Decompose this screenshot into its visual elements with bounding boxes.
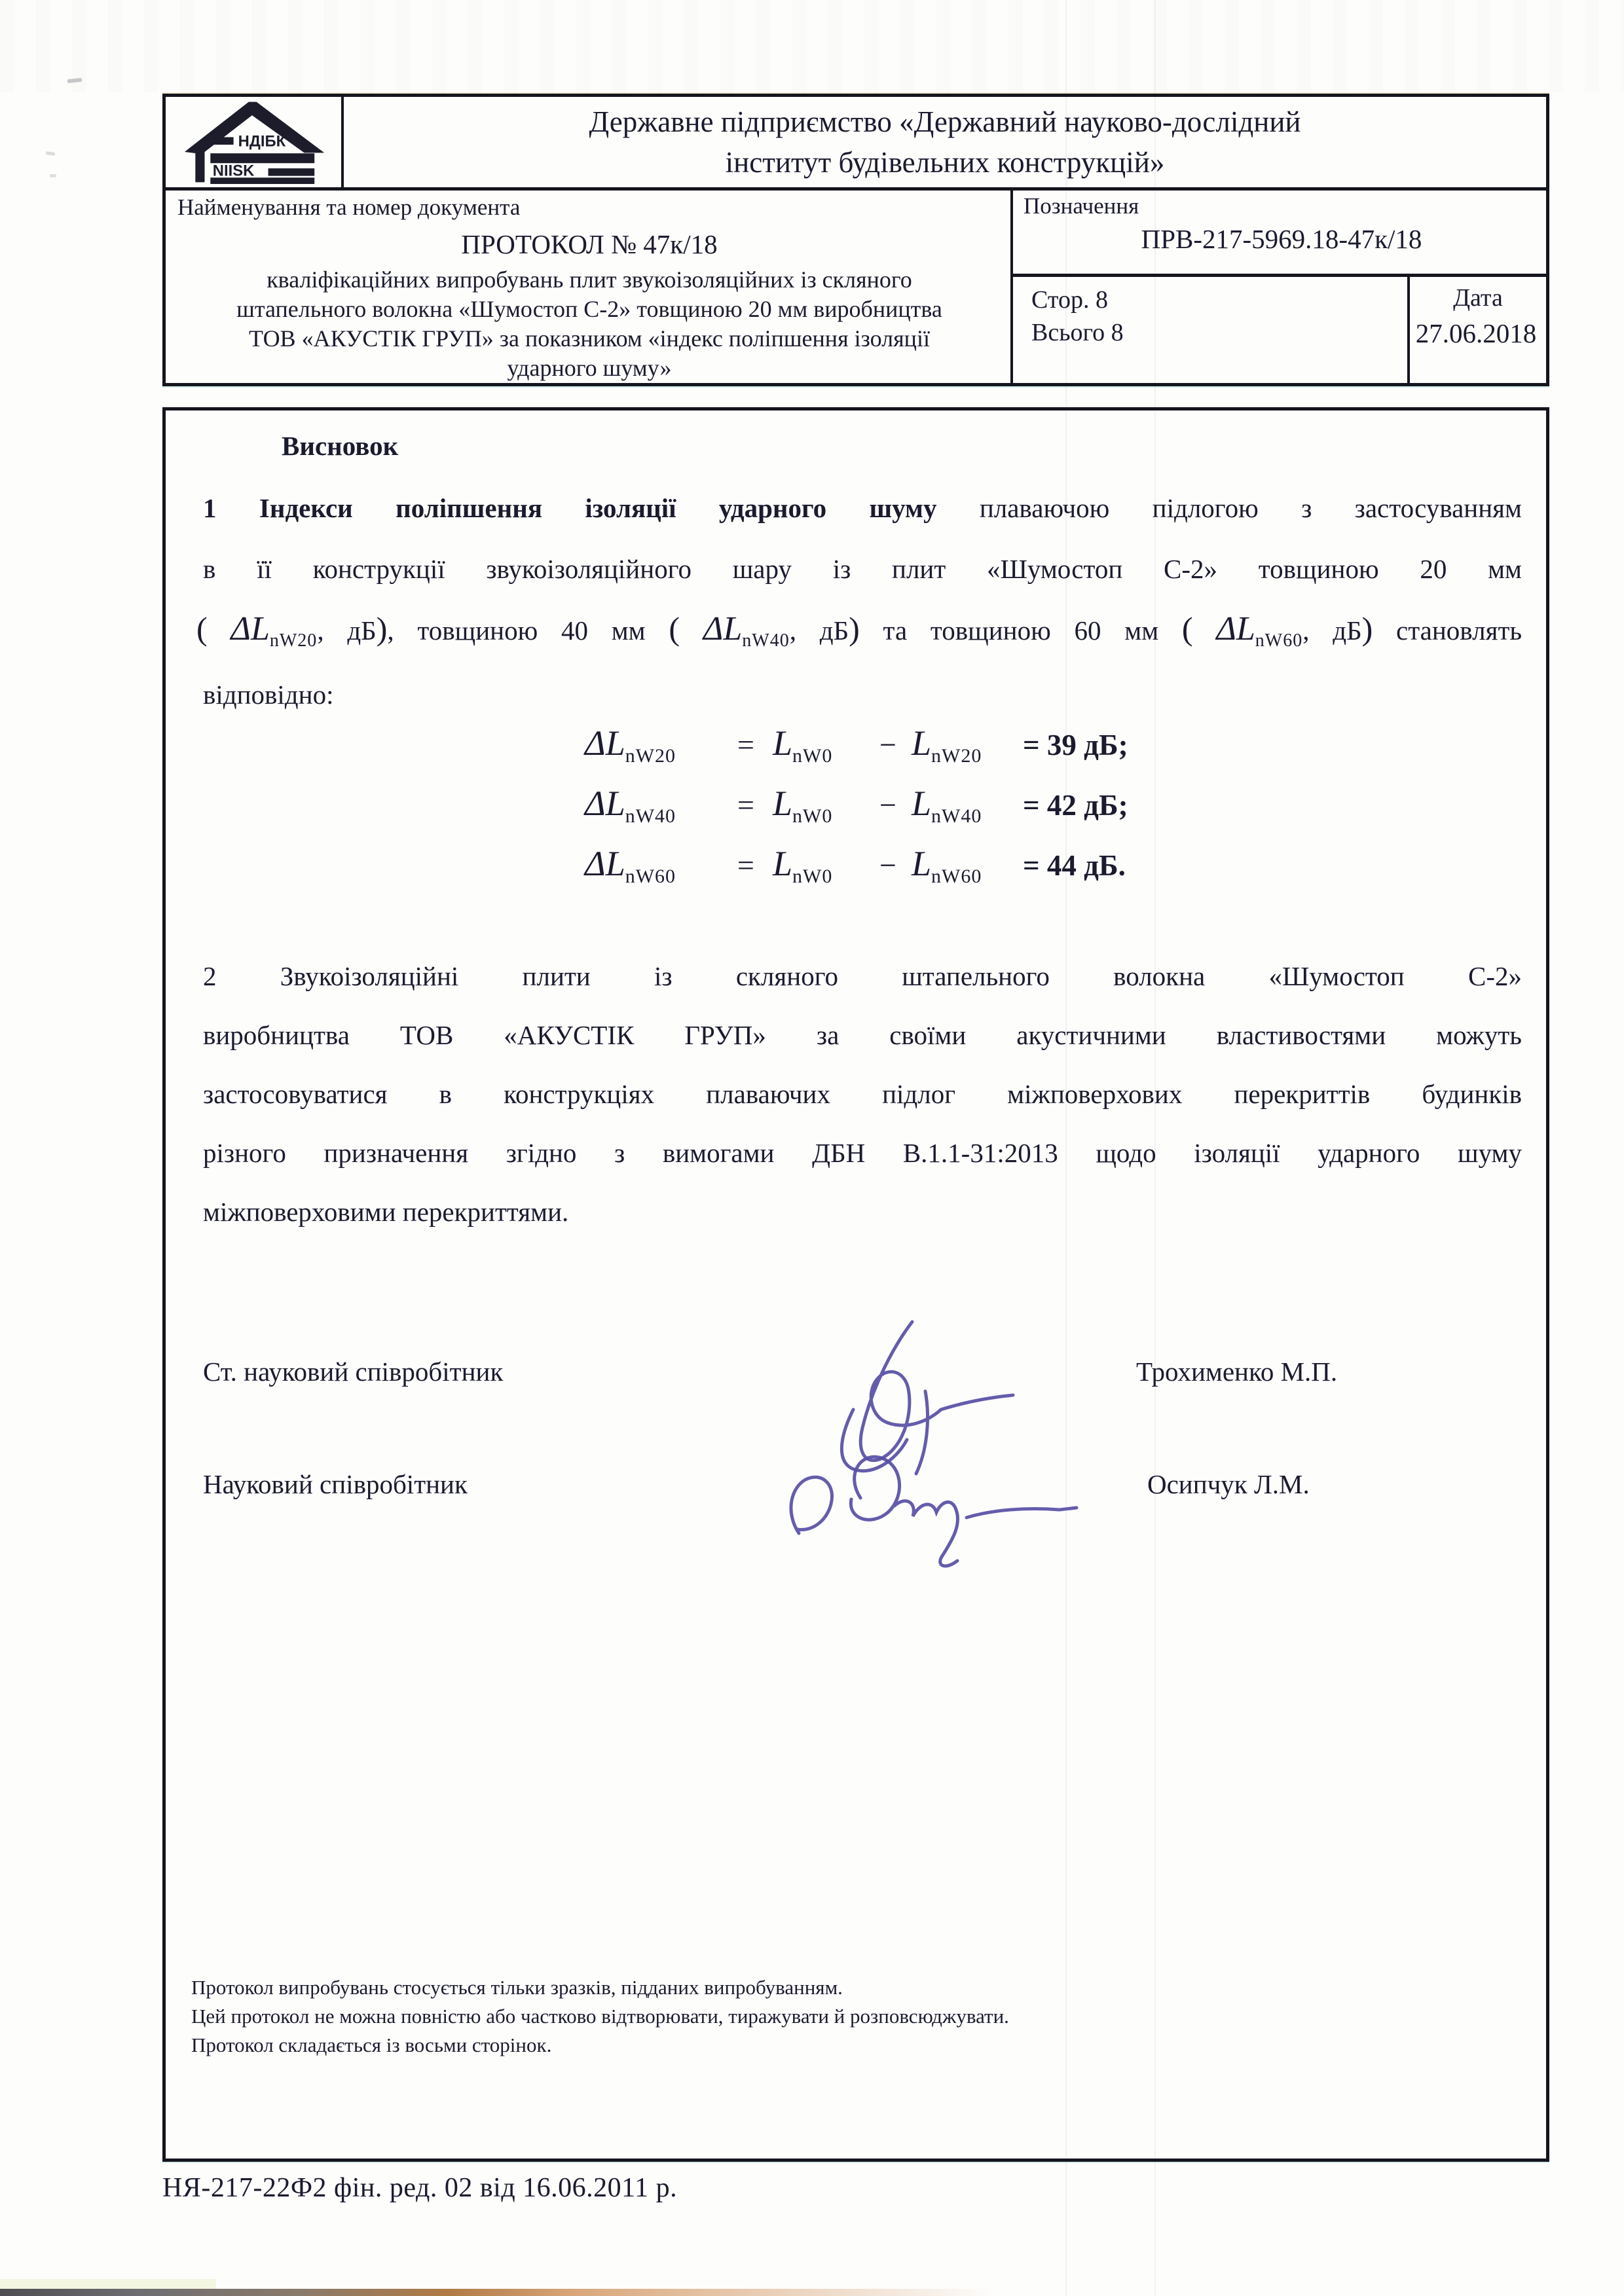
- paragraph2-line3: застосовуватися в конструкціях плаваючих…: [203, 1075, 1522, 1113]
- protocol-description-line: ТОВ «АКУСТІК ГРУП» за показником «індекс…: [177, 324, 1001, 354]
- paragraph1-line2: в її конструкції звукоізоляційного шару …: [203, 550, 1522, 588]
- designation-value: ПРВ-217-5969.18-47к/18: [1024, 223, 1540, 255]
- document-info-table: НДІБК NIISK Державне підприємство «Держа…: [162, 94, 1549, 386]
- unit: , дБ: [790, 615, 849, 646]
- pencil-mark: [50, 174, 56, 177]
- conclusion-heading: Висновок: [282, 427, 398, 465]
- signature2-ink: [773, 1434, 1094, 1571]
- organization-title-line2: інститут будівельних конструкцій»: [726, 142, 1165, 183]
- equals-sign: =: [719, 788, 773, 822]
- designation-label: Позначення: [1024, 193, 1540, 219]
- minus-sign: −: [864, 848, 912, 883]
- footer-note-2: Цей протокол не можна повністю або частк…: [191, 2003, 1009, 2030]
- designation-column: Позначення ПРВ-217-5969.18-47к/18 Стор. …: [1013, 191, 1546, 383]
- text-segment: та товщиною 60 мм: [860, 615, 1182, 646]
- paragraph2-line1: 2 Звукоізоляційні плити із скляного штап…: [203, 957, 1522, 995]
- paren: (: [1182, 610, 1193, 647]
- signer2-name: Осипчук Л.М.: [1147, 1465, 1310, 1503]
- designation-cell: Позначення ПРВ-217-5969.18-47к/18: [1013, 191, 1546, 277]
- formula-term: LnW60: [912, 843, 1023, 888]
- scan-noise: [0, 0, 1624, 92]
- footer-note-1: Протокол випробувань стосується тільки з…: [191, 1975, 843, 2001]
- logo-text-top: НДІБК: [238, 133, 286, 151]
- paragraph2-line2: виробництва ТОВ «АКУСТІК ГРУП» за своїми…: [203, 1016, 1522, 1054]
- paragraph1-lead-bold: 1 Індекси поліпшення ізоляції ударного ш…: [203, 493, 936, 523]
- organization-title: Державне підприємство «Державний науково…: [344, 97, 1546, 187]
- formula-result: = 39 дБ;: [1023, 728, 1128, 762]
- signer2-role: Науковий співробітник: [203, 1465, 468, 1503]
- unit: , дБ: [1302, 615, 1361, 646]
- formula-term: LnW0: [773, 783, 864, 828]
- paragraph1-lead-rest: плаваючою підлогою з застосуванням: [936, 493, 1522, 523]
- protocol-number: ПРОТОКОЛ № 47к/18: [177, 228, 1001, 260]
- paragraph2-line5: міжповерховими перекриттями.: [203, 1193, 568, 1231]
- paren: ): [849, 610, 860, 647]
- pages-total: Всього 8: [1031, 316, 1407, 349]
- paragraph1-line1: 1 Індекси поліпшення ізоляції ударного ш…: [203, 489, 1522, 527]
- name-label: Найменування та номер документа: [177, 194, 1001, 221]
- paren: (: [196, 610, 208, 647]
- paren: (: [669, 610, 680, 647]
- formula-term: LnW20: [912, 723, 1023, 767]
- formula-term: LnW0: [773, 723, 864, 767]
- ndibk-logo-icon: НДІБК NIISK: [180, 100, 327, 184]
- page-number: Стор. 8: [1031, 283, 1407, 316]
- document-name-cell: Найменування та номер документа ПРОТОКОЛ…: [166, 191, 1013, 383]
- date-value: 27.06.2018: [1406, 318, 1546, 349]
- pages-date-row: Стор. 8 Всього 8 Дата 27.06.2018: [1013, 277, 1546, 383]
- scan-edge-strip: [0, 2289, 995, 2296]
- protocol-description-line: штапельного волокна «Шумостоп С-2» товщи…: [177, 295, 1001, 324]
- formula-block: ΔLnW20 = LnW0 − LnW20 = 39 дБ; ΔLnW40 = …: [585, 723, 1128, 888]
- pencil-mark: [46, 151, 56, 156]
- footer-note-3: Протокол складається із восьми сторінок.: [191, 2032, 551, 2058]
- paragraph2-line4: різного призначення згідно з вимогами ДБ…: [203, 1134, 1522, 1172]
- logo-cell: НДІБК NIISK: [166, 97, 344, 187]
- formula-result: = 42 дБ;: [1023, 788, 1128, 822]
- minus-sign: −: [864, 788, 912, 822]
- header-row: НДІБК NIISK Державне підприємство «Держа…: [166, 97, 1546, 191]
- delta-l-symbol: ΔLnW20: [231, 610, 317, 647]
- text-segment: становлять: [1373, 615, 1522, 646]
- formula-lhs: ΔLnW60: [585, 843, 719, 888]
- equals-sign: =: [719, 727, 773, 762]
- formula-term: LnW0: [773, 843, 864, 888]
- scan-edge-tint: [0, 2279, 216, 2289]
- signer1-name: Трохименко М.П.: [1136, 1353, 1337, 1391]
- protocol-description-line: кваліфікаційних випробувань плит звукоіз…: [177, 265, 1001, 295]
- formula-term: LnW40: [912, 783, 1023, 828]
- unit: , дБ: [317, 615, 376, 646]
- protocol-description: кваліфікаційних випробувань плит звукоіз…: [177, 265, 1001, 383]
- delta-l-symbol: ΔLnW40: [703, 610, 790, 647]
- pages-cell: Стор. 8 Всього 8: [1013, 277, 1410, 383]
- signer1-role: Ст. науковий співробітник: [203, 1353, 503, 1391]
- organization-title-line1: Державне підприємство «Державний науково…: [589, 101, 1301, 142]
- form-reference: НЯ-217-22Ф2 фін. ред. 02 від 16.06.2011 …: [162, 2172, 677, 2204]
- date-label: Дата: [1410, 283, 1546, 312]
- paragraph1-line4: відповідно:: [203, 676, 334, 714]
- paren: ): [1362, 610, 1373, 647]
- scanned-protocol-page: НДІБК NIISK Державне підприємство «Держа…: [0, 0, 1624, 2296]
- formula-lhs: ΔLnW40: [585, 783, 719, 828]
- formula-lhs: ΔLnW20: [585, 723, 719, 767]
- equals-sign: =: [719, 848, 773, 883]
- protocol-description-line: ударного шуму»: [177, 354, 1001, 383]
- logo-text-bottom: NIISK: [212, 162, 254, 180]
- date-cell: Дата 27.06.2018: [1410, 277, 1546, 383]
- paren: ): [377, 610, 388, 647]
- minus-sign: −: [864, 727, 912, 762]
- formula-result: = 44 дБ.: [1023, 848, 1128, 883]
- delta-l-symbol: ΔLnW60: [1216, 610, 1302, 647]
- paragraph1-line3: ( ΔLnW20, дБ), товщиною 40 мм ( ΔLnW40, …: [196, 608, 1522, 662]
- info-row: Найменування та номер документа ПРОТОКОЛ…: [166, 191, 1546, 383]
- content-frame: [162, 407, 1549, 2162]
- text-segment: , товщиною 40 мм: [387, 615, 669, 646]
